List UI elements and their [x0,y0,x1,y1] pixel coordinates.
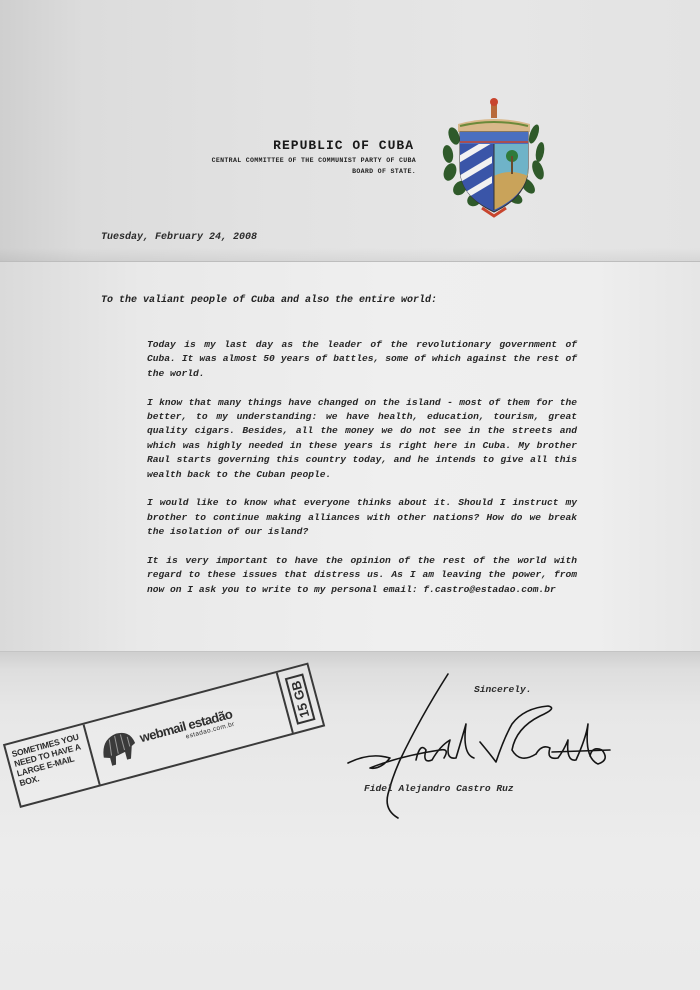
letter-salutation: To the valiant people of Cuba and also t… [101,295,437,306]
letterhead-title: REPUBLIC OF CUBA [212,138,414,153]
letterhead-department: BOARD OF STATE. [212,168,416,175]
letter-body: Today is my last day as the leader of th… [147,338,577,612]
stamp-capacity: 15 GB [285,673,316,724]
signer-name: Fidel Alejandro Castro Ruz [364,783,514,794]
letter-paragraph: I would like to know what everyone think… [147,496,577,539]
letterhead: REPUBLIC OF CUBA CENTRAL COMMITTEE OF TH… [212,138,416,175]
letter-date: Tuesday, February 24, 2008 [101,232,257,243]
letter-paragraph: I know that many things have changed on … [147,396,577,482]
armadillo-logo-icon [93,723,142,772]
letter-paragraph: Today is my last day as the leader of th… [147,338,577,381]
letterhead-subtitle: CENTRAL COMMITTEE OF THE COMMUNIST PARTY… [212,157,416,164]
letter-paragraph: It is very important to have the opinion… [147,554,577,597]
fold-shadow [0,248,700,262]
handwritten-signature-icon [340,668,620,828]
stamp-brand: webmail estadão estadao.com.br [138,706,236,752]
cuba-coat-of-arms-icon [438,96,550,224]
letter-top-fold [0,0,700,262]
